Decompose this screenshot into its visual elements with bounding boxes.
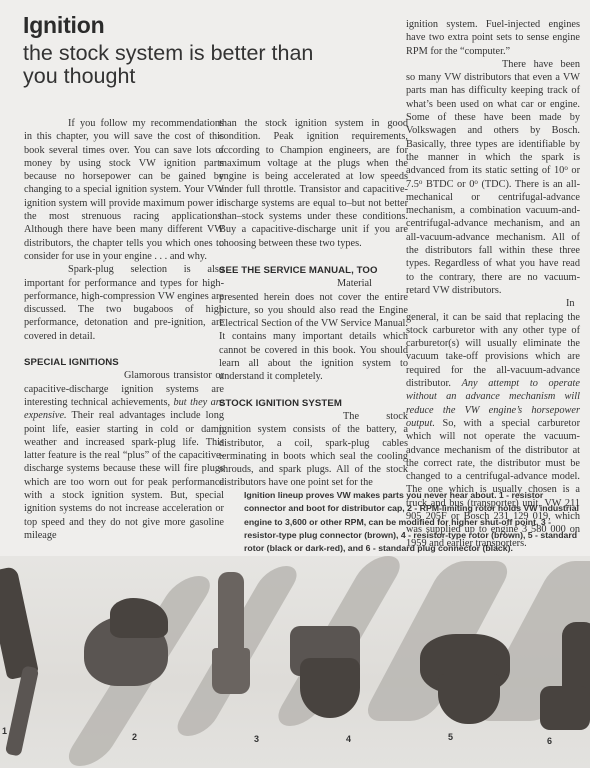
part-label-2: 2 — [132, 732, 137, 742]
intro-paragraph-2: Spark-plug selection is also important f… — [24, 263, 224, 343]
special-ignitions-paragraph: Glamorous transistor or capacitive-disch… — [24, 369, 224, 542]
part-label-5: 5 — [448, 732, 453, 742]
distributors-paragraph: There have been so many VW distributors … — [406, 58, 580, 297]
text-column-2: than the stock ignition system in good c… — [219, 117, 408, 490]
part-label-6: 6 — [547, 736, 552, 746]
chapter-subtitle: the stock system is better than you thou… — [23, 42, 353, 88]
part-3-plug-connector — [218, 572, 244, 656]
stock-ignition-paragraph: The stock ignition system consists of th… — [219, 410, 408, 490]
part-3-base — [212, 648, 250, 694]
part-label-4: 4 — [346, 734, 351, 744]
part-label-1: 1 — [2, 726, 7, 736]
chapter-title: Ignition — [23, 12, 104, 39]
text-run: (TDC). There is an all-mechanical or cen… — [406, 179, 580, 296]
continued-paragraph: than the stock ignition system in good c… — [219, 117, 408, 250]
section-heading-service-manual: SEE THE SERVICE MANUAL, TOO — [219, 264, 408, 277]
part-label-3: 3 — [254, 734, 259, 744]
text-run: BTDC or 0 — [422, 179, 474, 190]
ignition-parts-photo: 1 2 3 4 5 6 — [0, 556, 590, 768]
text-run: In general, it can be said that replacin… — [406, 298, 580, 389]
book-page: Ignition the stock system is better than… — [0, 0, 590, 768]
figure-caption: Ignition lineup proves VW makes parts yo… — [244, 489, 584, 555]
text-run: Their real advantages include long point… — [24, 410, 224, 541]
service-manual-paragraph: Material presented herein does not cover… — [219, 277, 408, 383]
text-run: There have been so many VW distributors … — [406, 59, 580, 176]
part-4-base — [300, 658, 360, 718]
text-column-1: If you follow my recommendations in this… — [24, 117, 224, 542]
part-6-base — [540, 686, 590, 730]
intro-paragraph-1: If you follow my recommendations in this… — [24, 117, 224, 263]
part-1-resistor-connector — [0, 566, 39, 680]
text-column-3: ignition system. Fuel-injected engines h… — [406, 18, 580, 550]
section-heading-special-ignitions: SPECIAL IGNITIONS — [24, 356, 224, 369]
continued-paragraph: ignition system. Fuel-injected engines h… — [406, 18, 580, 58]
part-2-rotor-top — [110, 598, 168, 638]
section-heading-stock-ignition: STOCK IGNITION SYSTEM — [219, 397, 408, 410]
